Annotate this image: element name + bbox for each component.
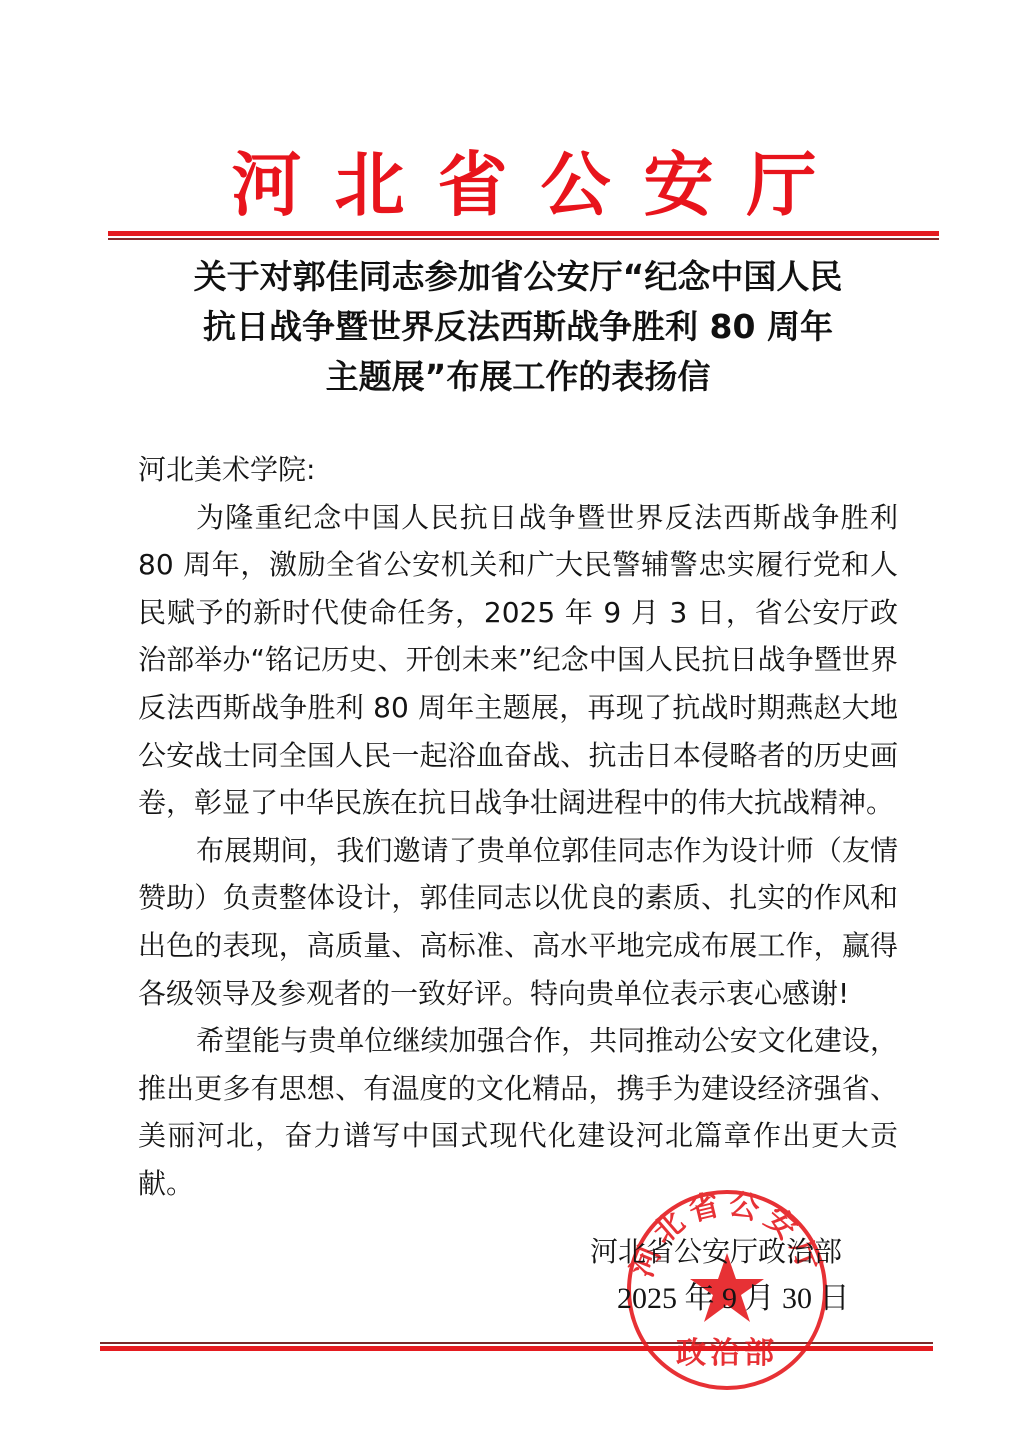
title-line: 关于对郭佳同志参加省公安厅“纪念中国人民	[100, 252, 936, 302]
document-title: 关于对郭佳同志参加省公安厅“纪念中国人民 抗日战争暨世界反法西斯战争胜利 80 …	[100, 252, 936, 402]
signing-organization: 河北省公安厅政治部	[590, 1228, 842, 1275]
title-line: 主题展”布展工作的表扬信	[100, 352, 936, 402]
header-rule-thin	[108, 238, 939, 240]
header-rule-thick	[108, 231, 939, 236]
body-paragraph: 布展期间，我们邀请了贵单位郭佳同志作为设计师（友情赞助）负责整体设计，郭佳同志以…	[138, 827, 898, 1017]
body-paragraph: 希望能与贵单位继续加强合作，共同推动公安文化建设，推出更多有思想、有温度的文化精…	[138, 1017, 898, 1207]
letter-page: 河北省公安厅 关于对郭佳同志参加省公安厅“纪念中国人民 抗日战争暨世界反法西斯战…	[0, 0, 1024, 1444]
body-paragraph: 为隆重纪念中国人民抗日战争暨世界反法西斯战争胜利 80 周年，激励全省公安机关和…	[138, 494, 898, 827]
signing-date: 2025 年 9 月 30 日	[617, 1275, 850, 1322]
org-letterhead: 河北省公安厅	[108, 136, 940, 222]
seal-bottom-text: 政治部	[676, 1336, 778, 1371]
letter-body: 河北美术学院: 为隆重纪念中国人民抗日战争暨世界反法西斯战争胜利 80 周年，激…	[138, 446, 898, 1208]
salutation: 河北美术学院:	[138, 446, 898, 494]
title-line: 抗日战争暨世界反法西斯战争胜利 80 周年	[100, 302, 936, 352]
